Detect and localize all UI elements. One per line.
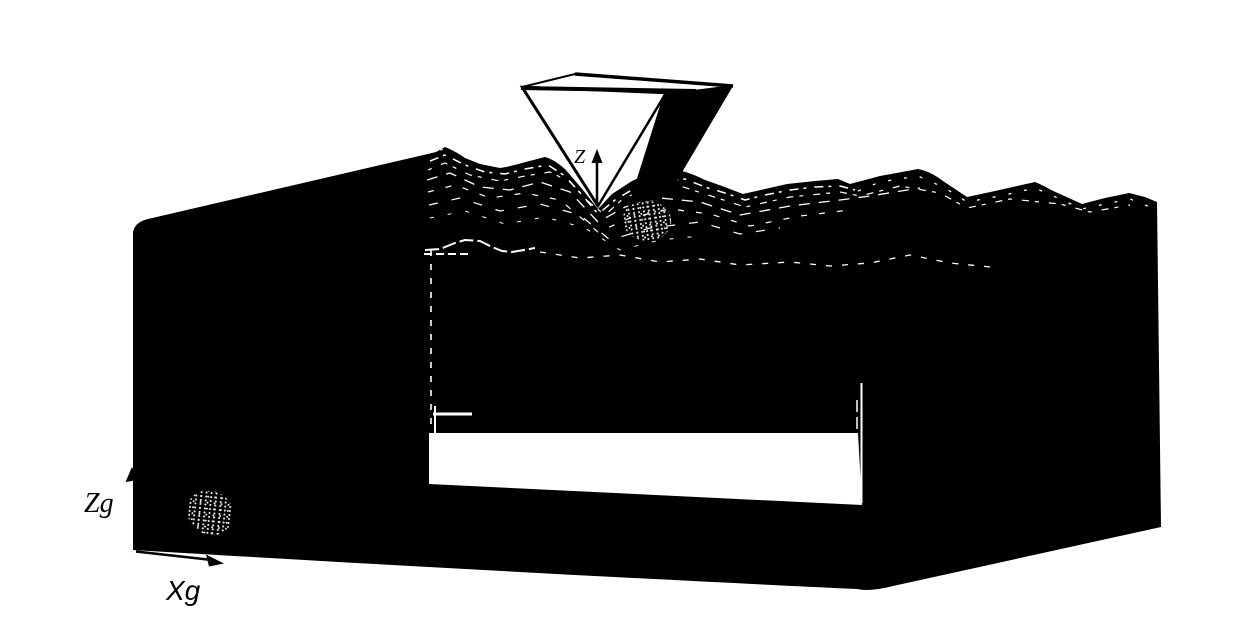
figure-canvas: Z Zg Xg bbox=[0, 0, 1234, 619]
xg-axis-label: Xg bbox=[166, 577, 200, 605]
zg-axis-label: Zg bbox=[84, 490, 114, 518]
schematic-drawing bbox=[0, 0, 1234, 619]
z-axis-label: Z bbox=[574, 147, 585, 167]
